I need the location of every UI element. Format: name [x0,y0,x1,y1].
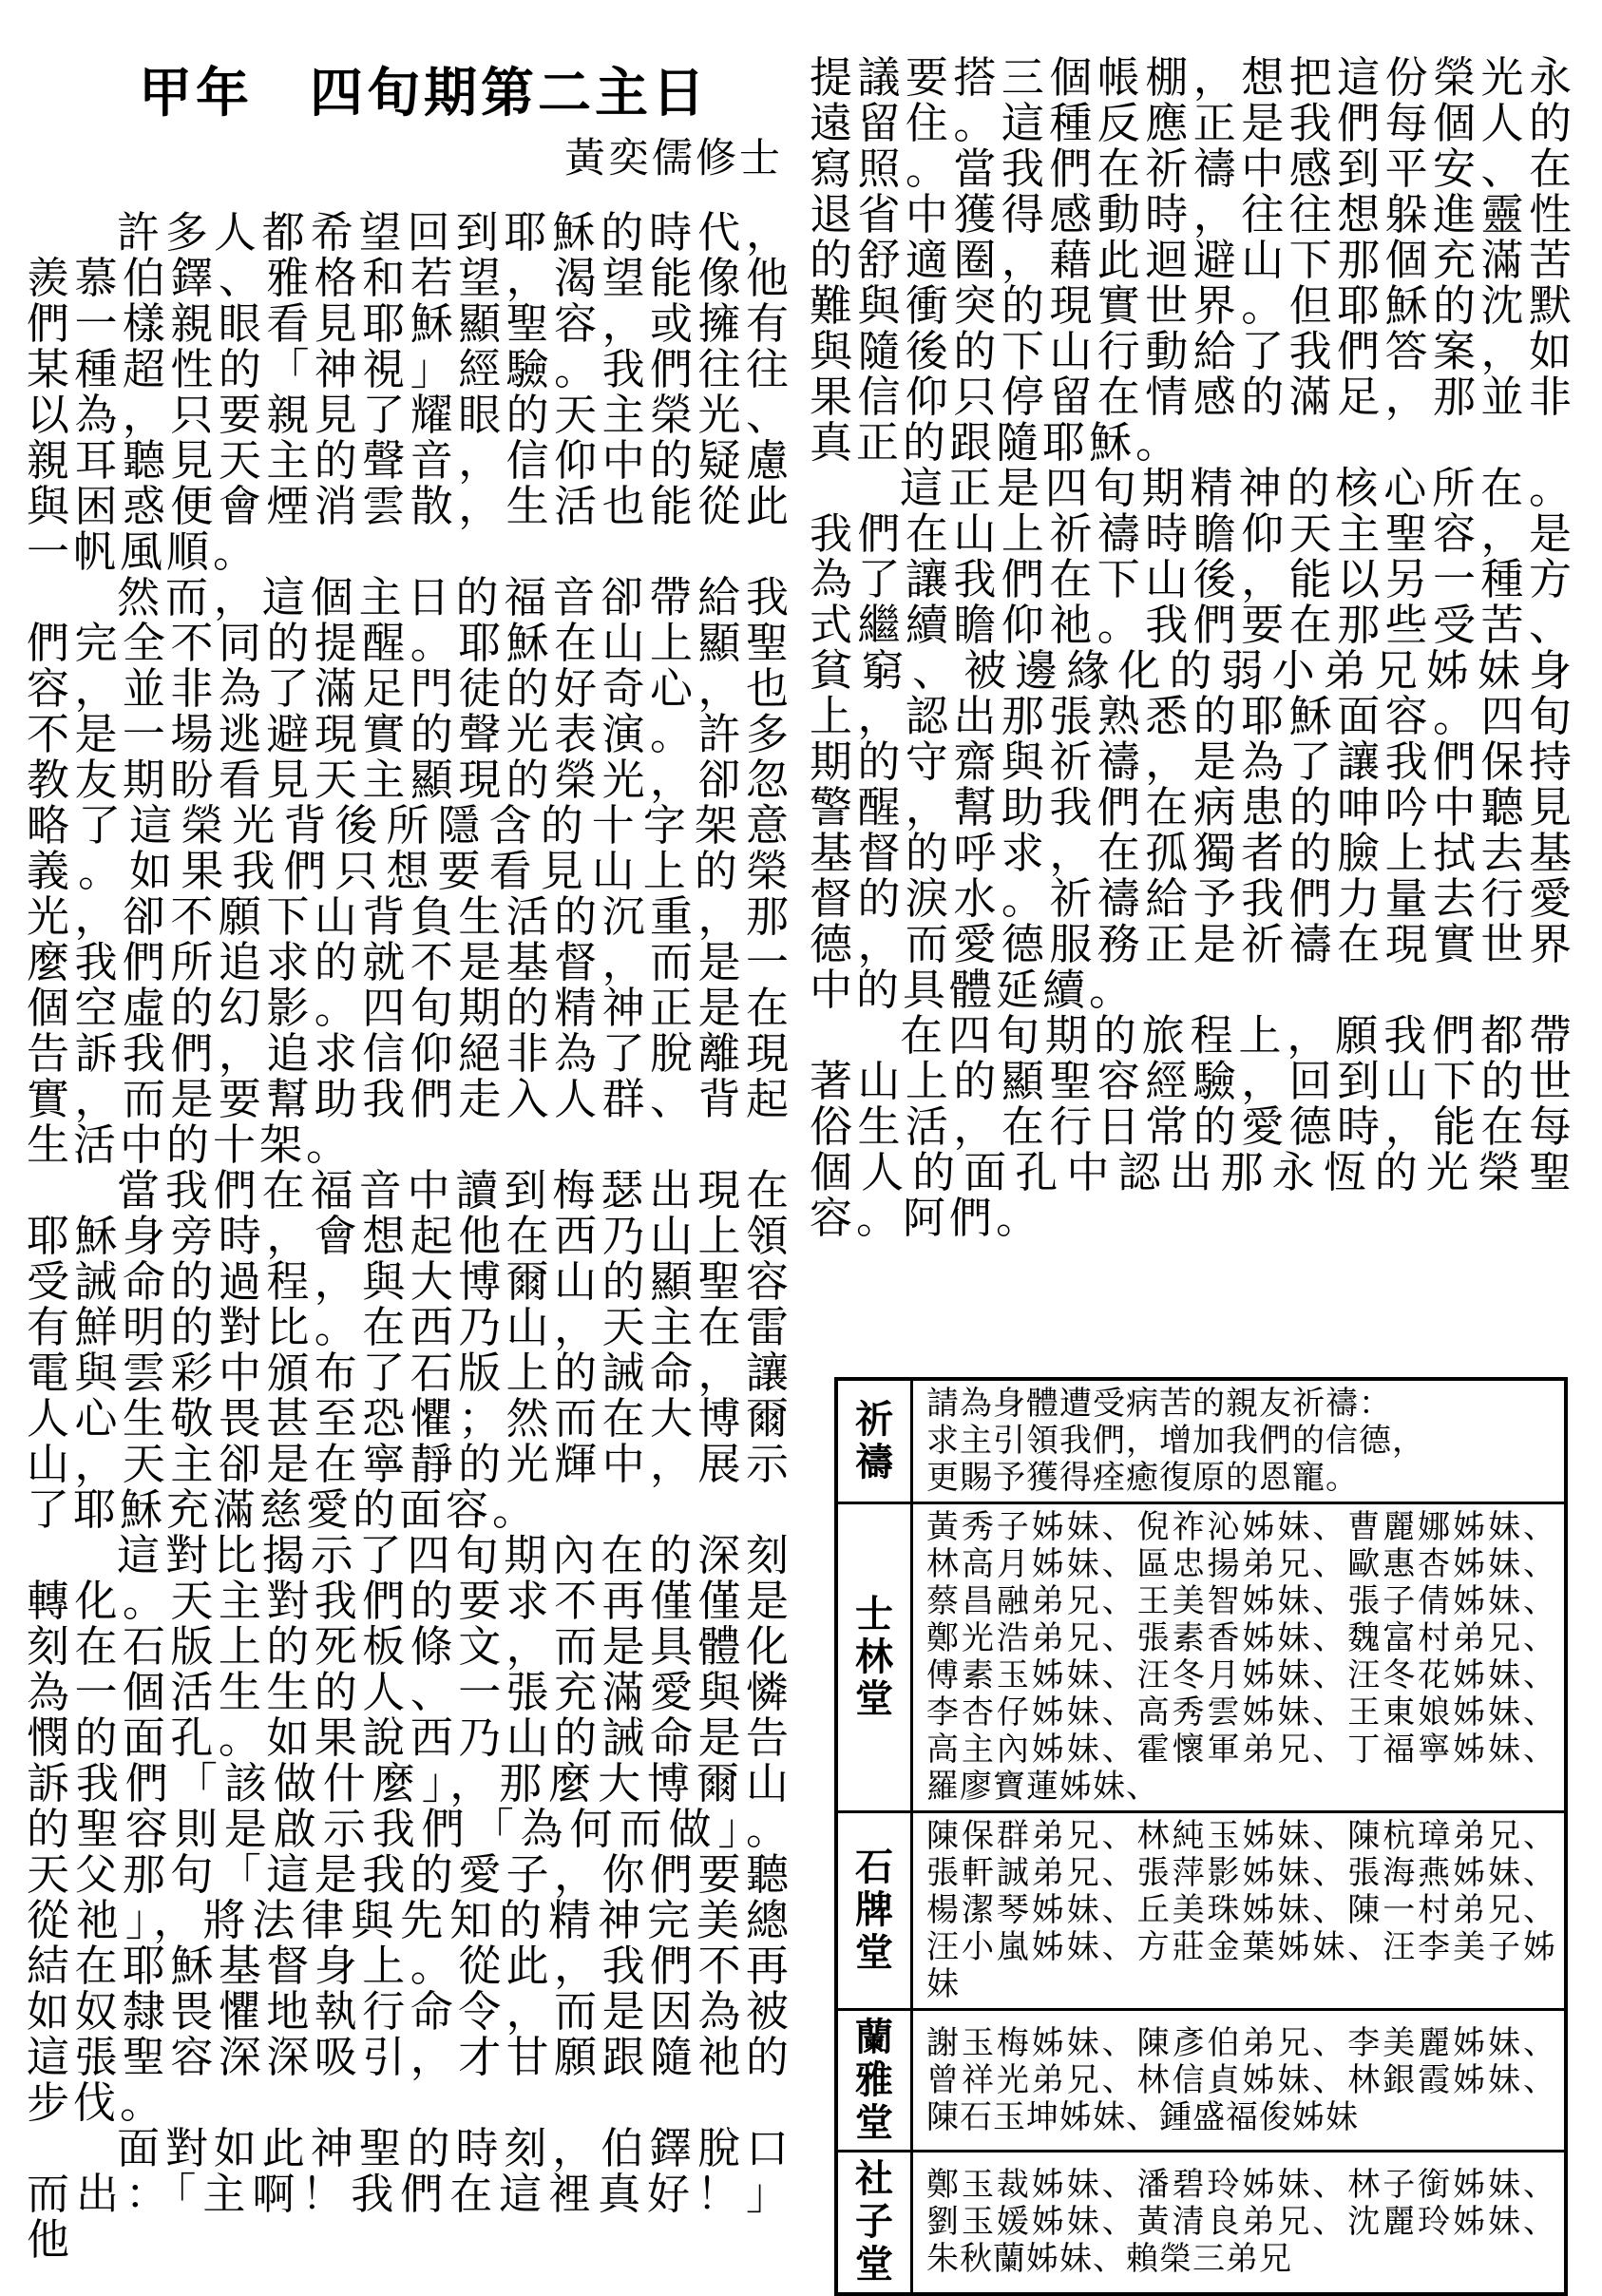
row-content-shezi: 鄭玉裁姊妹、潘碧玲姊妹、林子銜姊妹、劉玉媛姊妹、黃清良弟兄、沈麗玲姊妹、朱秋蘭姊… [912,2152,1567,2294]
table-row-shilin: 士林堂 黃秀子姊妹、倪祚沁姊妹、曹麗娜姊妹、林高月姊妹、區忠揚弟兄、歐惠杏姊妹、… [836,1503,1566,1812]
byline: 黃奕儒修士 [27,137,783,182]
paragraph: 許多人都希望回到耶穌的時代，羨慕伯鐸、雅格和若望，渴望能像他們一樣親眼看見耶穌顯… [27,210,792,575]
paragraph: 面對如此神聖的時刻，伯鐸脫口而出：「主啊！我們在這裡真好！」他 [27,2126,792,2263]
table-row-lanya: 蘭雅堂 謝玉梅姊妹、陳彥伯弟兄、李美麗姊妹、曾祥光弟兄、林信貞姊妹、林銀霞姊妹、… [836,2010,1566,2152]
row-header-shipai: 石牌堂 [836,1812,912,2010]
bulletin-page: 甲年 四旬期第二主日 黃奕儒修士 許多人都希望回到耶穌的時代，羨慕伯鐸、雅格和若… [0,0,1602,2296]
right-column: 提議要搭三個帳棚，想把這份榮光永遠留住。這種反應正是我們每個人的寫照。當我們在祈… [810,55,1575,2296]
paragraph: 提議要搭三個帳棚，想把這份榮光永遠留住。這種反應正是我們每個人的寫照。當我們在祈… [810,55,1575,466]
paragraph: 這對比揭示了四旬期內在的深刻轉化。天主對我們的要求不再僅僅是刻在石版上的死板條文… [27,1533,792,2126]
paragraph: 然而，這個主日的福音卻帶給我們完全不同的提醒。耶穌在山上顯聖容，並非為了滿足門徒… [27,575,792,1168]
row-header-shilin: 士林堂 [836,1503,912,1812]
row-header-shezi: 社子堂 [836,2152,912,2294]
table-row-shipai: 石牌堂 陳保群弟兄、林純玉姊妹、陳杭璋弟兄、張軒誠弟兄、張萍影姊妹、張海燕姊妹、… [836,1812,1566,2010]
row-header-lanya: 蘭雅堂 [836,2010,912,2152]
prayer-intentions-table: 祈禱 請為身體遭受病苦的親友祈禱： 求主引領我們，增加我們的信德， 更賜予獲得痊… [834,1377,1568,2296]
paragraph: 在四旬期的旅程上，願我們都帶著山上的顯聖容經驗，回到山下的世俗生活，在行日常的愛… [810,1013,1575,1241]
table-row-shezi: 社子堂 鄭玉裁姊妹、潘碧玲姊妹、林子銜姊妹、劉玉媛姊妹、黃清良弟兄、沈麗玲姊妹、… [836,2152,1566,2294]
paragraph: 這正是四旬期精神的核心所在。我們在山上祈禱時瞻仰天主聖容，是為了讓我們在下山後，… [810,466,1575,1013]
row-content-prayer: 請為身體遭受病苦的親友祈禱： 求主引領我們，增加我們的信德， 更賜予獲得痊癒復原… [912,1379,1567,1503]
page-title: 甲年 四旬期第二主日 [139,65,792,124]
row-content-shipai: 陳保群弟兄、林純玉姊妹、陳杭璋弟兄、張軒誠弟兄、張萍影姊妹、張海燕姊妹、楊潔琴姊… [912,1812,1567,2010]
row-header-prayer: 祈禱 [836,1379,912,1503]
table-row-prayer: 祈禱 請為身體遭受病苦的親友祈禱： 求主引領我們，增加我們的信德， 更賜予獲得痊… [836,1379,1566,1503]
left-column: 甲年 四旬期第二主日 黃奕儒修士 許多人都希望回到耶穌的時代，羨慕伯鐸、雅格和若… [27,65,792,2263]
paragraph: 當我們在福音中讀到梅瑟出現在耶穌身旁時，會想起他在西乃山上領受誡命的過程，與大博… [27,1168,792,1533]
left-column-body: 許多人都希望回到耶穌的時代，羨慕伯鐸、雅格和若望，渴望能像他們一樣親眼看見耶穌顯… [27,210,792,2263]
row-content-shilin: 黃秀子姊妹、倪祚沁姊妹、曹麗娜姊妹、林高月姊妹、區忠揚弟兄、歐惠杏姊妹、蔡昌融弟… [912,1503,1567,1812]
right-column-body: 提議要搭三個帳棚，想把這份榮光永遠留住。這種反應正是我們每個人的寫照。當我們在祈… [810,55,1575,1241]
row-content-lanya: 謝玉梅姊妹、陳彥伯弟兄、李美麗姊妹、曾祥光弟兄、林信貞姊妹、林銀霞姊妹、陳石玉坤… [912,2010,1567,2152]
